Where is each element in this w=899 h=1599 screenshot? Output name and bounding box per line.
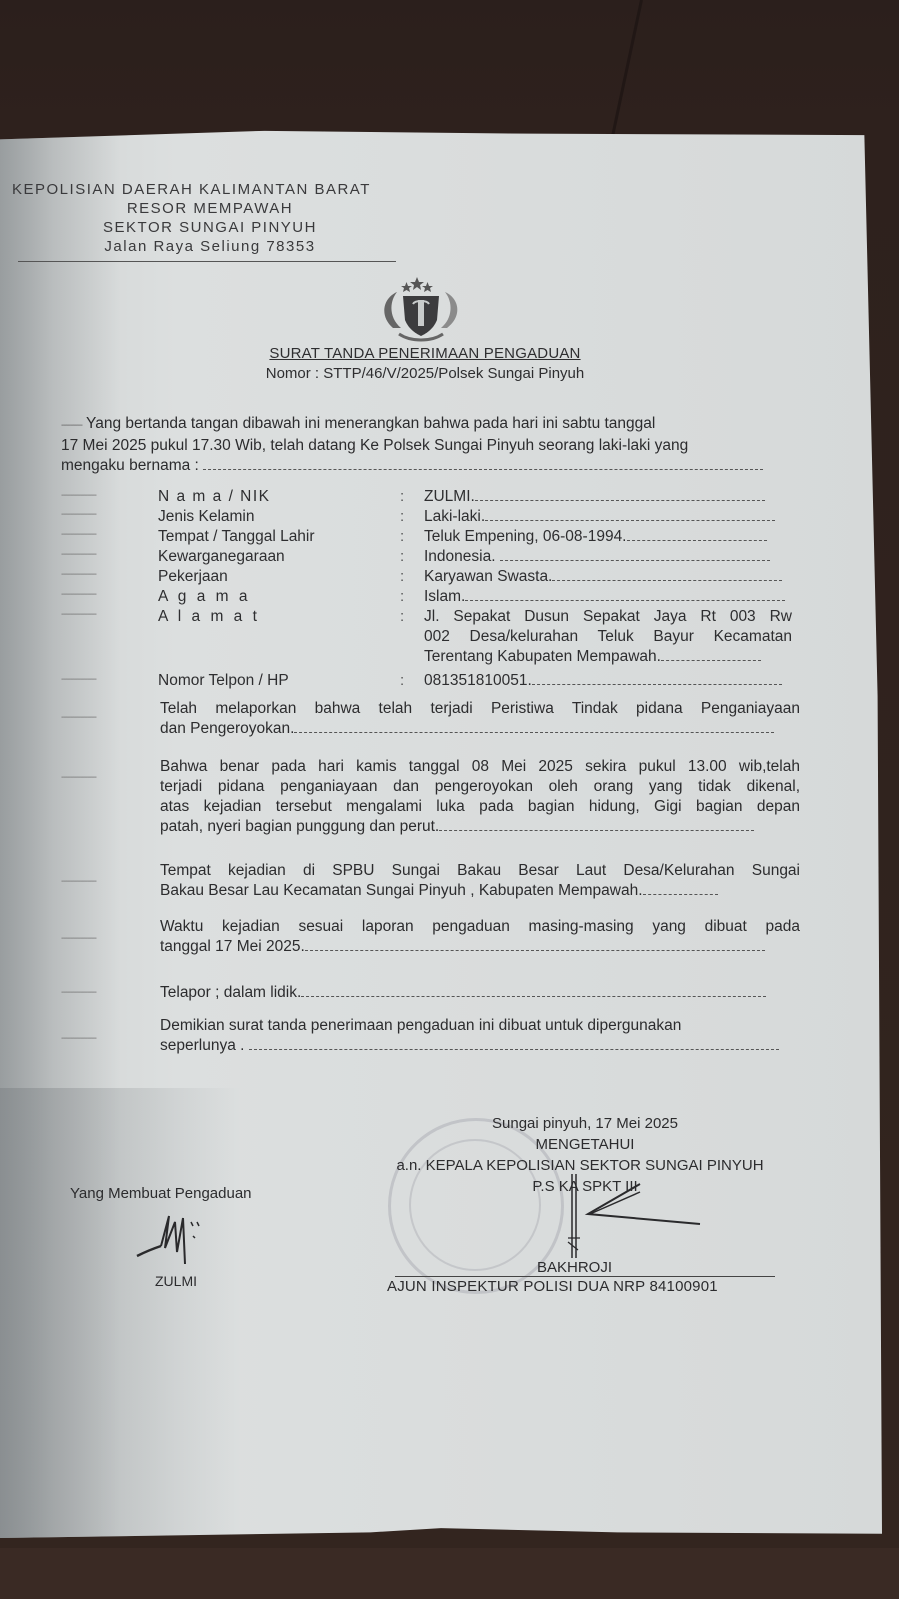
statement-line: Telah melaporkan bahwa telah terjadi Per… [160,699,800,719]
statement-line: Bakau Besar Lau Kecamatan Sungai Pinyuh … [160,882,643,899]
field-value-citizenship: Indonesia. [424,548,496,565]
field-value-birth: Teluk Empening, 06-08-1994. [424,528,627,545]
intro-line-1: Yang bertanda tangan dibawah ini meneran… [86,415,655,432]
complainant-signature [135,1208,225,1268]
dotted-fill [203,457,763,470]
field-value-gender: Laki-laki. [424,508,485,525]
letterhead-line-4: Jalan Raya Seliung 78353 [10,237,410,256]
intro-line-3: mengaku bernama : [61,457,199,474]
complainant-name: ZULMI [155,1273,197,1289]
statement-incident: Bahwa benar pada hari kamis tanggal 08 M… [160,757,800,837]
field-label-birth: Tempat / Tanggal Lahir [158,528,315,546]
letterhead-line-1: KEPOLISIAN DAERAH KALIMANTAN BARAT [10,180,410,199]
letterhead-line-2: RESOR MEMPAWAH [10,199,410,218]
officer-rule [395,1276,775,1277]
background-surface [0,1548,899,1599]
letterhead: KEPOLISIAN DAERAH KALIMANTAN BARAT RESOR… [10,180,410,256]
field-label-phone: Nomor Telpon / HP [158,672,289,690]
field-value-occupation: Karyawan Swasta. [424,568,552,585]
letterhead-line-3: SEKTOR SUNGAI PINYUH [10,218,410,237]
document-heading: SURAT TANDA PENERIMAAN PENGADUAN [240,345,610,362]
statement-report: Telah melaporkan bahwa telah terjadi Per… [160,699,800,739]
statement-line: Tempat kejadian di SPBU Sungai Bakau Bes… [160,861,800,881]
field-label-occupation: Pekerjaan [158,568,228,586]
statement-line: Telapor ; dalam lidik. [160,984,301,1001]
statement-line: Waktu kejadian sesuai laporan pengaduan … [160,917,800,937]
document-number: Nomor : STTP/46/V/2025/Polsek Sungai Pin… [240,365,610,382]
letterhead-rule [18,261,396,262]
background-crease [611,0,643,137]
field-label-citizenship: Kewarganegaraan [158,548,285,566]
officer-name: BAKHROJI [537,1259,612,1276]
statement-line: seperlunya . [160,1037,244,1054]
statement-time: Waktu kejadian sesuai laporan pengaduan … [160,917,800,957]
statement-reported: Telapor ; dalam lidik. [160,983,800,1003]
statement-closing: Demikian surat tanda penerimaan pengadua… [160,1016,800,1056]
field-value-religion: Islam. [424,588,465,605]
field-value-name: ZULMI. [424,488,475,505]
field-value-address-2: 002 Desa/kelurahan Teluk Bayur Kecamatan [424,628,792,646]
field-label-address: A l a m a t [158,608,260,626]
statement-line: Bahwa benar pada hari kamis tanggal 08 M… [160,757,800,777]
document-title: SURAT TANDA PENERIMAAN PENGADUAN Nomor :… [240,345,610,382]
statement-line: atas kejadian tersebut mengalami luka pa… [160,797,800,817]
paper-shadow-bottom [0,1088,240,1548]
field-value-address-3: Terentang Kabupaten Mempawah. [424,648,661,665]
field-value-address-1: Jl. Sepakat Dusun Sepakat Jaya Rt 003 Rw [424,608,792,626]
field-label-gender: Jenis Kelamin [158,508,255,526]
officer-rank: AJUN INSPEKTUR POLISI DUA NRP 84100901 [387,1278,718,1295]
field-value-phone: 081351810051. [424,672,532,689]
signature-place-date: Sungai pinyuh, 17 Mei 2025 [350,1113,820,1134]
complainant-label: Yang Membuat Pengaduan [70,1185,252,1202]
intro-line-2: 17 Mei 2025 pukul 17.30 Wib, telah datan… [61,436,801,456]
field-label-name: N a m a / NIK [158,488,271,506]
statement-line: tanggal 17 Mei 2025. [160,938,305,955]
signature-acknowledged: MENGETAHUI [350,1134,820,1155]
intro-leader: --------- [61,420,82,431]
officer-signature [550,1168,720,1268]
statement-line: dan Pengeroyokan. [160,720,294,737]
statement-location: Tempat kejadian di SPBU Sungai Bakau Bes… [160,861,800,901]
intro-paragraph: --------- Yang bertanda tangan dibawah i… [61,414,801,476]
statement-line: terjadi pidana penganiayaan dan pengeroy… [160,777,800,797]
statement-line: Demikian surat tanda penerimaan pengadua… [160,1016,800,1036]
field-label-religion: A g a m a [158,588,250,606]
paper-shadow [0,128,120,1548]
police-emblem-icon [375,276,467,346]
statement-line: patah, nyeri bagian punggung dan perut. [160,818,439,835]
document-paper: KEPOLISIAN DAERAH KALIMANTAN BARAT RESOR… [0,128,882,1548]
